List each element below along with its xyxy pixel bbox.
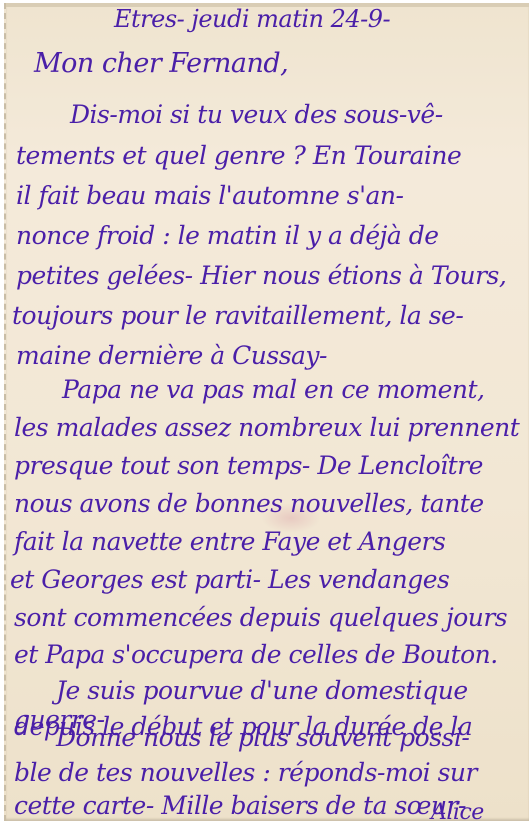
letter-line: et Papa s'occupera de celles de Bouton.	[14, 640, 498, 669]
letter-line: fait la navette entre Faye et Angers	[14, 527, 445, 556]
letter-line: et Georges est parti- Les vendanges	[10, 565, 449, 594]
letter-line: ble de tes nouvelles : réponds-moi sur	[14, 758, 477, 787]
letter-line: tements et quel genre ? En Touraine	[16, 141, 461, 170]
letter-line: nous avons de bonnes nouvelles, tante	[14, 489, 484, 518]
letter-line: toujours pour le ravitaillement, la se-	[12, 301, 463, 330]
salutation: Mon cher Fernand,	[34, 48, 288, 79]
place-date-heading: Etres- jeudi matin 24-9-	[114, 5, 390, 33]
letter-line: il fait beau mais l'automne s'an-	[16, 181, 403, 210]
letter-line: cette carte- Mille baisers de ta sœur-	[14, 791, 466, 820]
letter-line: petites gelées- Hier nous étions à Tours…	[16, 261, 506, 290]
signature: Alice	[431, 800, 484, 825]
letter-line: maine dernière à Cussay-	[16, 341, 327, 370]
letter-line: les malades assez nombreux lui prennent	[14, 413, 519, 442]
letter-line: Dis-moi si tu veux des sous-vê-	[70, 100, 443, 129]
letter-line: Papa ne va pas mal en ce moment,	[62, 375, 484, 404]
letter-line: Donne nous le plus souvent possi-	[56, 723, 469, 752]
letter-line: Je suis pourvue d'une domestique	[56, 676, 468, 705]
letter-line: sont commencées depuis quelques jours	[14, 603, 507, 632]
postcard: Etres- jeudi matin 24-9- Mon cher Fernan…	[4, 3, 529, 821]
letter-line: presque tout son temps- De Lencloître	[14, 451, 483, 480]
letter-line: nonce froid : le matin il y a déjà de	[16, 221, 439, 250]
